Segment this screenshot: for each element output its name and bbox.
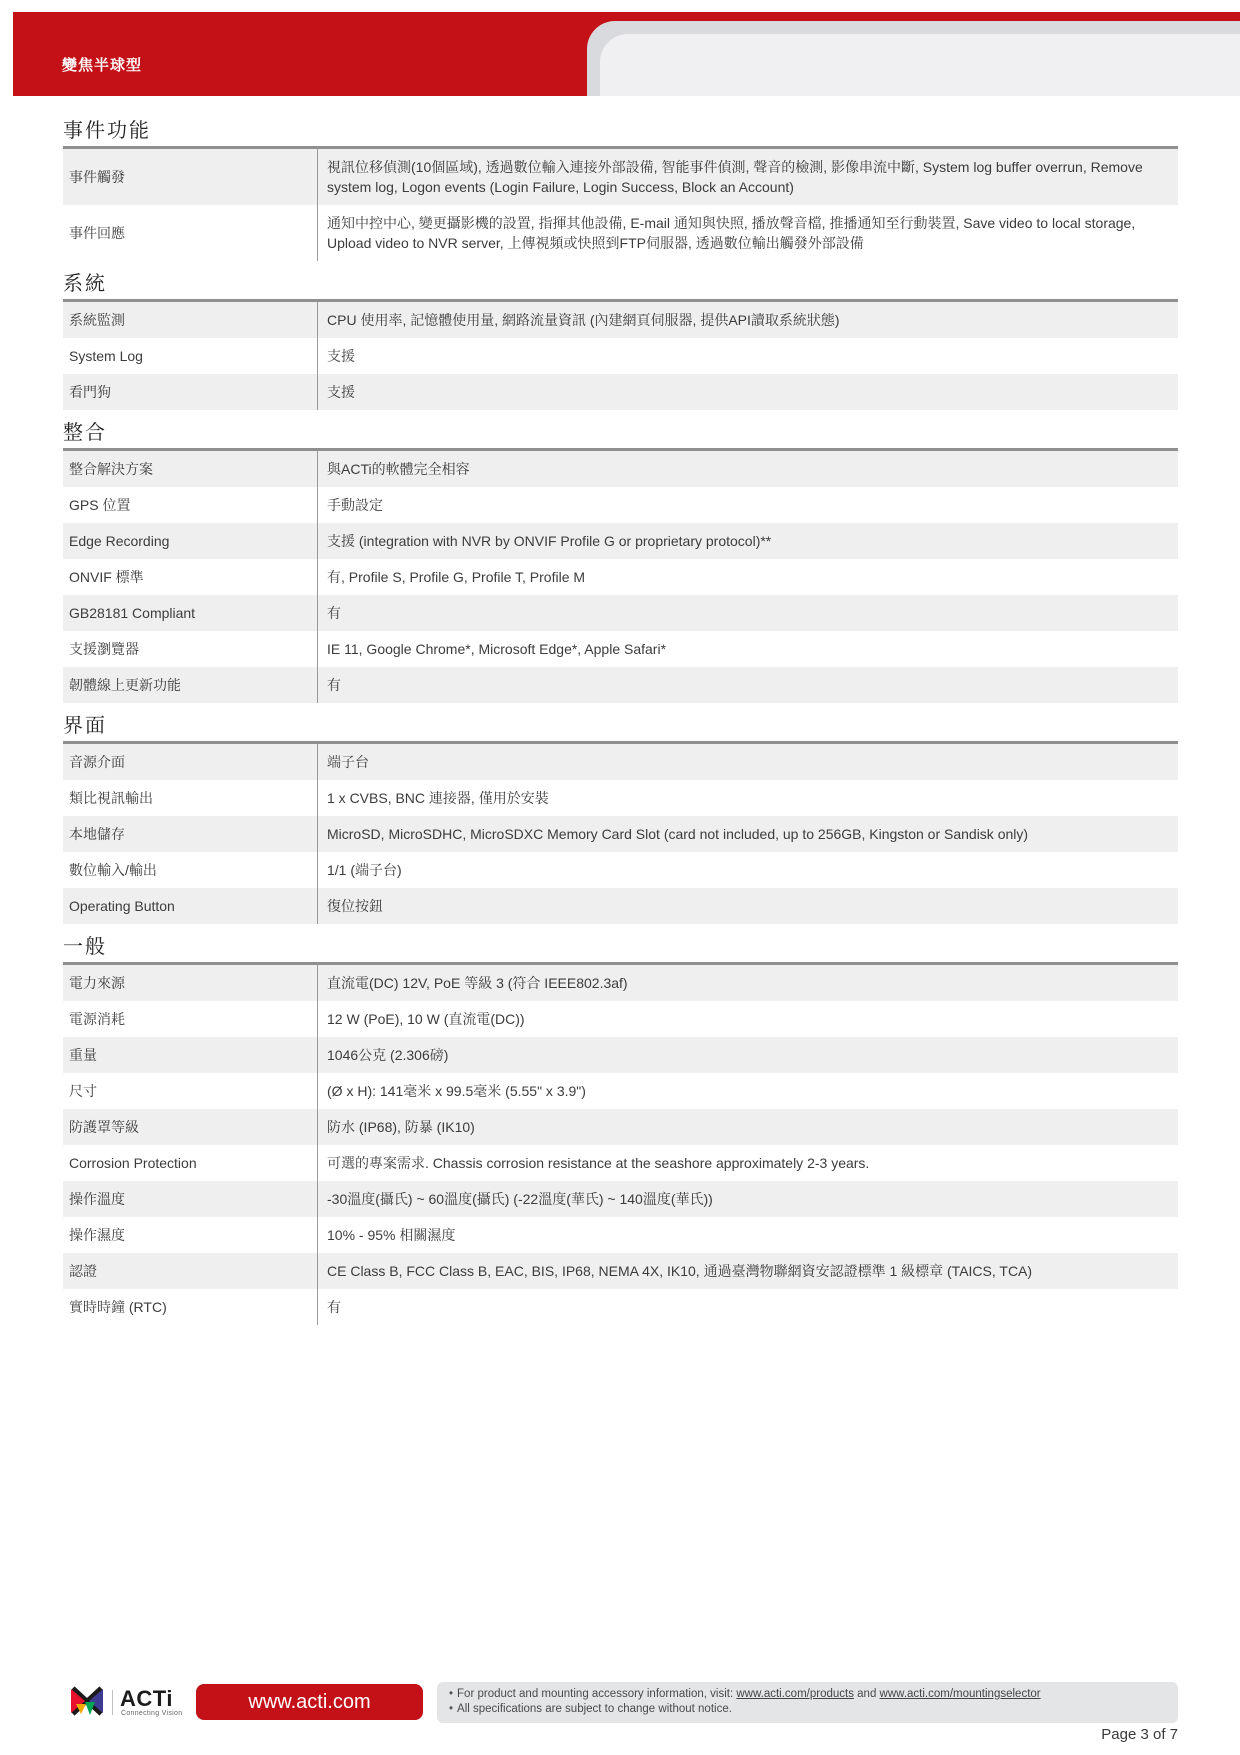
spec-value: 有 xyxy=(317,1289,1178,1325)
spec-label: 系統監測 xyxy=(63,302,317,338)
spec-row: 操作溫度-30溫度(攝氏) ~ 60溫度(攝氏) (-22溫度(華氏) ~ 14… xyxy=(63,1181,1178,1217)
spec-value: -30溫度(攝氏) ~ 60溫度(攝氏) (-22溫度(華氏) ~ 140溫度(… xyxy=(317,1181,1178,1217)
bullet-icon: • xyxy=(449,1703,453,1715)
spec-row: Edge Recording支援 (integration with NVR b… xyxy=(63,523,1178,559)
header-tab-inner xyxy=(600,34,1240,96)
spec-value: 有 xyxy=(317,595,1178,631)
spec-label: 操作濕度 xyxy=(63,1217,317,1253)
spec-row: 系統監測CPU 使用率, 記憶體使用量, 網路流量資訊 (內建網頁伺服器, 提供… xyxy=(63,302,1178,338)
spec-row: 認證CE Class B, FCC Class B, EAC, BIS, IP6… xyxy=(63,1253,1178,1289)
spec-value: 防水 (IP68), 防暴 (IK10) xyxy=(317,1109,1178,1145)
spec-row: 事件觸發視訊位移偵測(10個區域), 透過數位輸入連接外部設備, 智能事件偵測,… xyxy=(63,149,1178,205)
spec-value: 有, Profile S, Profile G, Profile T, Prof… xyxy=(317,559,1178,595)
website-button[interactable]: www.acti.com xyxy=(196,1684,423,1720)
note2-text: All specifications are subject to change… xyxy=(457,1703,732,1715)
spec-label: 看門狗 xyxy=(63,374,317,410)
page-number: Page 3 of 7 xyxy=(1101,1726,1178,1743)
spec-value: 支援 (integration with NVR by ONVIF Profil… xyxy=(317,523,1178,559)
note1-middle: and xyxy=(854,1688,880,1700)
logo-wordmark: ACTi xyxy=(120,1686,173,1712)
spec-sections: 事件功能事件觸發視訊位移偵測(10個區域), 透過數位輸入連接外部設備, 智能事… xyxy=(63,120,1178,1325)
spec-value: 支援 xyxy=(317,338,1178,374)
section-title: 整合 xyxy=(63,422,1178,444)
spec-row: 電源消耗12 W (PoE), 10 W (直流電(DC)) xyxy=(63,1001,1178,1037)
spec-label: 防護罩等級 xyxy=(63,1109,317,1145)
spec-row: 事件回應通知中控中心, 變更攝影機的設置, 指揮其他設備, E-mail 通知與… xyxy=(63,205,1178,261)
acti-butterfly-logo-icon xyxy=(70,1686,104,1716)
section-title: 界面 xyxy=(63,715,1178,737)
spec-row: 防護罩等級防水 (IP68), 防暴 (IK10) xyxy=(63,1109,1178,1145)
spec-label: System Log xyxy=(63,338,317,374)
spec-row: 整合解決方案與ACTi的軟體完全相容 xyxy=(63,451,1178,487)
spec-row: GPS 位置手動設定 xyxy=(63,487,1178,523)
spec-label: Corrosion Protection xyxy=(63,1145,317,1181)
spec-row: 本地儲存MicroSD, MicroSDHC, MicroSDXC Memory… xyxy=(63,816,1178,852)
spec-row: 實時時鐘 (RTC)有 xyxy=(63,1289,1178,1325)
spec-value: 手動設定 xyxy=(317,487,1178,523)
spec-value: 有 xyxy=(317,667,1178,703)
spec-row: ONVIF 標準有, Profile S, Profile G, Profile… xyxy=(63,559,1178,595)
logo-separator xyxy=(112,1690,113,1715)
spec-row: Operating Button復位按鈕 xyxy=(63,888,1178,924)
note1-prefix: For product and mounting accessory infor… xyxy=(457,1688,736,1700)
spec-value: CE Class B, FCC Class B, EAC, BIS, IP68,… xyxy=(317,1253,1178,1289)
spec-value: 10% - 95% 相關濕度 xyxy=(317,1217,1178,1253)
spec-value: 支援 xyxy=(317,374,1178,410)
spec-label: 電源消耗 xyxy=(63,1001,317,1037)
spec-label: 音源介面 xyxy=(63,744,317,780)
footer-note-2: •All specifications are subject to chang… xyxy=(449,1702,1166,1717)
spec-label: 數位輸入/輸出 xyxy=(63,852,317,888)
spec-label: 實時時鐘 (RTC) xyxy=(63,1289,317,1325)
spec-row: 音源介面端子台 xyxy=(63,744,1178,780)
spec-label: 類比視訊輸出 xyxy=(63,780,317,816)
section-title: 系統 xyxy=(63,273,1178,295)
spec-label: 認證 xyxy=(63,1253,317,1289)
mountingselector-link[interactable]: www.acti.com/mountingselector xyxy=(880,1688,1041,1700)
spec-section: 一般電力來源直流電(DC) 12V, PoE 等級 3 (符合 IEEE802.… xyxy=(63,936,1178,1325)
footer-note-1: •For product and mounting accessory info… xyxy=(449,1687,1166,1702)
spec-value: 直流電(DC) 12V, PoE 等級 3 (符合 IEEE802.3af) xyxy=(317,965,1178,1001)
spec-row: 電力來源直流電(DC) 12V, PoE 等級 3 (符合 IEEE802.3a… xyxy=(63,965,1178,1001)
spec-label: 重量 xyxy=(63,1037,317,1073)
spec-label: 事件觸發 xyxy=(63,149,317,205)
spec-label: 本地儲存 xyxy=(63,816,317,852)
spec-value: 通知中控中心, 變更攝影機的設置, 指揮其他設備, E-mail 通知與快照, … xyxy=(317,205,1178,261)
section-title: 一般 xyxy=(63,936,1178,958)
products-link[interactable]: www.acti.com/products xyxy=(736,1688,854,1700)
spec-value: CPU 使用率, 記憶體使用量, 網路流量資訊 (內建網頁伺服器, 提供API讀… xyxy=(317,302,1178,338)
spec-section: 系統系統監測CPU 使用率, 記憶體使用量, 網路流量資訊 (內建網頁伺服器, … xyxy=(63,273,1178,410)
spec-value: 與ACTi的軟體完全相容 xyxy=(317,451,1178,487)
footer-notes-box: •For product and mounting accessory info… xyxy=(437,1682,1178,1723)
spec-row: 韌體線上更新功能有 xyxy=(63,667,1178,703)
spec-value: 1/1 (端子台) xyxy=(317,852,1178,888)
spec-label: Edge Recording xyxy=(63,523,317,559)
spec-row: 操作濕度10% - 95% 相關濕度 xyxy=(63,1217,1178,1253)
spec-label: 操作溫度 xyxy=(63,1181,317,1217)
spec-label: 支援瀏覽器 xyxy=(63,631,317,667)
spec-label: 尺寸 xyxy=(63,1073,317,1109)
spec-value: 1046公克 (2.306磅) xyxy=(317,1037,1178,1073)
spec-value: 復位按鈕 xyxy=(317,888,1178,924)
spec-label: 事件回應 xyxy=(63,205,317,261)
spec-row: 類比視訊輸出1 x CVBS, BNC 連接器, 僅用於安裝 xyxy=(63,780,1178,816)
spec-label: 電力來源 xyxy=(63,965,317,1001)
section-title: 事件功能 xyxy=(63,120,1178,142)
spec-section: 界面音源介面端子台類比視訊輸出1 x CVBS, BNC 連接器, 僅用於安裝本… xyxy=(63,715,1178,924)
spec-row: 尺寸(Ø x H): 141毫米 x 99.5毫米 (5.55" x 3.9") xyxy=(63,1073,1178,1109)
spec-label: GPS 位置 xyxy=(63,487,317,523)
spec-value: MicroSD, MicroSDHC, MicroSDXC Memory Car… xyxy=(317,816,1178,852)
spec-row: GB28181 Compliant有 xyxy=(63,595,1178,631)
spec-label: Operating Button xyxy=(63,888,317,924)
spec-row: Corrosion Protection可選的專案需求. Chassis cor… xyxy=(63,1145,1178,1181)
spec-row: System Log支援 xyxy=(63,338,1178,374)
spec-row: 重量1046公克 (2.306磅) xyxy=(63,1037,1178,1073)
spec-value: 1 x CVBS, BNC 連接器, 僅用於安裝 xyxy=(317,780,1178,816)
spec-value: IE 11, Google Chrome*, Microsoft Edge*, … xyxy=(317,631,1178,667)
page-title: 變焦半球型 xyxy=(62,54,142,75)
spec-value: 可選的專案需求. Chassis corrosion resistance at… xyxy=(317,1145,1178,1181)
spec-label: ONVIF 標準 xyxy=(63,559,317,595)
spec-label: 整合解決方案 xyxy=(63,451,317,487)
spec-value: 端子台 xyxy=(317,744,1178,780)
bullet-icon: • xyxy=(449,1688,453,1700)
spec-value: 12 W (PoE), 10 W (直流電(DC)) xyxy=(317,1001,1178,1037)
spec-row: 支援瀏覽器IE 11, Google Chrome*, Microsoft Ed… xyxy=(63,631,1178,667)
spec-value: (Ø x H): 141毫米 x 99.5毫米 (5.55" x 3.9") xyxy=(317,1073,1178,1109)
logo-tagline: Connecting Vision xyxy=(121,1710,182,1717)
spec-label: GB28181 Compliant xyxy=(63,595,317,631)
spec-section: 事件功能事件觸發視訊位移偵測(10個區域), 透過數位輸入連接外部設備, 智能事… xyxy=(63,120,1178,261)
spec-label: 韌體線上更新功能 xyxy=(63,667,317,703)
spec-section: 整合整合解決方案與ACTi的軟體完全相容GPS 位置手動設定Edge Recor… xyxy=(63,422,1178,703)
spec-row: 數位輸入/輸出1/1 (端子台) xyxy=(63,852,1178,888)
spec-value: 視訊位移偵測(10個區域), 透過數位輸入連接外部設備, 智能事件偵測, 聲音的… xyxy=(317,149,1178,205)
spec-row: 看門狗支援 xyxy=(63,374,1178,410)
